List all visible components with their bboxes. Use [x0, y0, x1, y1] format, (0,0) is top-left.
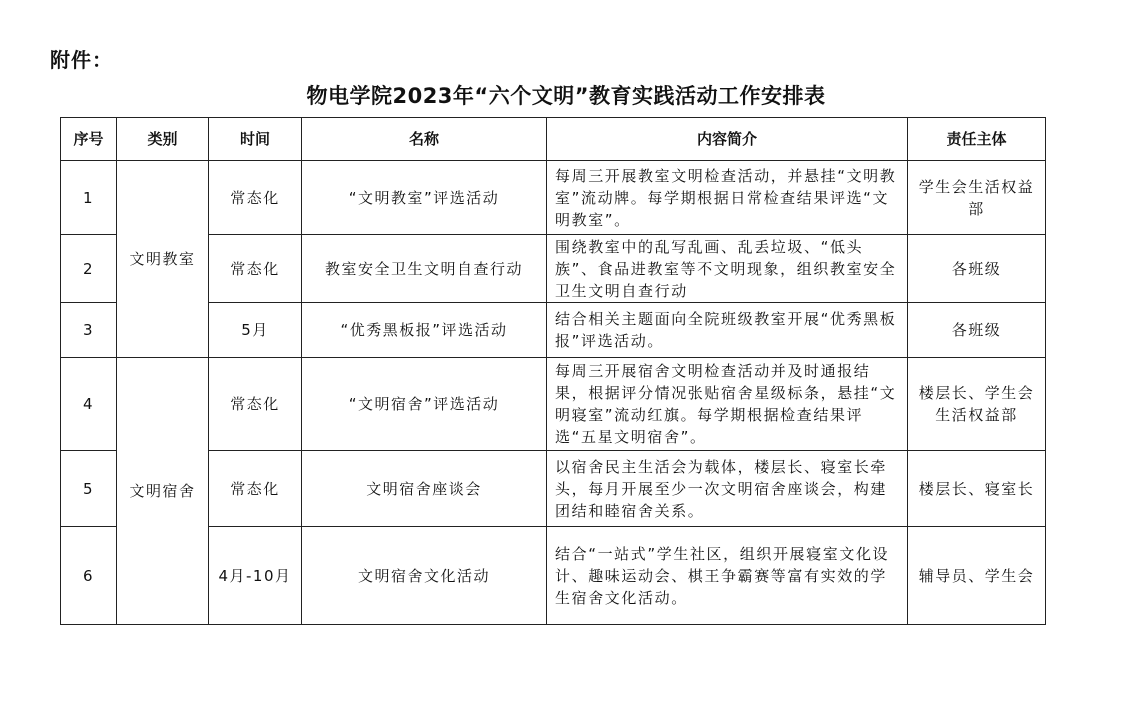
row-description: 每周三开展教室文明检查活动，并悬挂“文明教室”流动牌。每学期根据日常检查结果评选… — [547, 161, 908, 235]
row-name: “优秀黑板报”评选活动 — [302, 303, 547, 358]
table-row: 6 4月-10月 文明宿舍文化活动 结合“一站式”学生社区，组织开展寝室文化设计… — [61, 527, 1046, 625]
table-row: 4 文明宿舍 常态化 “文明宿舍”评选活动 每周三开展宿舍文明检查活动并及时通报… — [61, 358, 1046, 451]
row-name: “文明教室”评选活动 — [302, 161, 547, 235]
header-description: 内容简介 — [547, 118, 908, 161]
table-row: 3 5月 “优秀黑板报”评选活动 结合相关主题面向全院班级教室开展“优秀黑板报”… — [61, 303, 1046, 358]
table-row: 5 常态化 文明宿舍座谈会 以宿舍民主生活会为载体，楼层长、寝室长牵头，每月开展… — [61, 451, 1046, 527]
header-category: 类别 — [117, 118, 209, 161]
row-owner: 辅导员、学生会 — [908, 527, 1046, 625]
row-name: “文明宿舍”评选活动 — [302, 358, 547, 451]
row-no: 4 — [61, 358, 117, 451]
row-no: 5 — [61, 451, 117, 527]
row-description: 以宿舍民主生活会为载体，楼层长、寝室长牵头，每月开展至少一次文明宿舍座谈会，构建… — [547, 451, 908, 527]
table-row: 2 常态化 教室安全卫生文明自查行动 围绕教室中的乱写乱画、乱丢垃圾、“低头族”… — [61, 235, 1046, 303]
table-header-row: 序号 类别 时间 名称 内容简介 责任主体 — [61, 118, 1046, 161]
row-time: 5月 — [209, 303, 302, 358]
row-owner: 楼层长、寝室长 — [908, 451, 1046, 527]
row-name: 文明宿舍座谈会 — [302, 451, 547, 527]
table-row: 1 文明教室 常态化 “文明教室”评选活动 每周三开展教室文明检查活动，并悬挂“… — [61, 161, 1046, 235]
row-time: 常态化 — [209, 235, 302, 303]
row-owner: 学生会生活权益部 — [908, 161, 1046, 235]
row-time: 常态化 — [209, 451, 302, 527]
row-no: 6 — [61, 527, 117, 625]
document-title: 物电学院2023年“六个文明”教育实践活动工作安排表 — [0, 80, 1132, 110]
header-no: 序号 — [61, 118, 117, 161]
row-no: 3 — [61, 303, 117, 358]
schedule-table: 序号 类别 时间 名称 内容简介 责任主体 1 文明教室 常态化 “文明教室”评… — [60, 117, 1046, 625]
attachment-label: 附件： — [50, 44, 113, 73]
row-description: 围绕教室中的乱写乱画、乱丢垃圾、“低头族”、食品进教室等不文明现象，组织教室安全… — [547, 235, 908, 303]
row-description: 结合相关主题面向全院班级教室开展“优秀黑板报”评选活动。 — [547, 303, 908, 358]
category-cell: 文明教室 — [117, 161, 209, 358]
header-time: 时间 — [209, 118, 302, 161]
row-no: 1 — [61, 161, 117, 235]
row-time: 4月-10月 — [209, 527, 302, 625]
category-cell: 文明宿舍 — [117, 358, 209, 625]
row-name: 教室安全卫生文明自查行动 — [302, 235, 547, 303]
row-time: 常态化 — [209, 161, 302, 235]
row-description: 每周三开展宿舍文明检查活动并及时通报结果，根据评分情况张贴宿舍星级标条，悬挂“文… — [547, 358, 908, 451]
row-description: 结合“一站式”学生社区，组织开展寝室文化设计、趣味运动会、棋王争霸赛等富有实效的… — [547, 527, 908, 625]
row-owner: 楼层长、学生会生活权益部 — [908, 358, 1046, 451]
header-name: 名称 — [302, 118, 547, 161]
header-owner: 责任主体 — [908, 118, 1046, 161]
row-name: 文明宿舍文化活动 — [302, 527, 547, 625]
row-time: 常态化 — [209, 358, 302, 451]
row-owner: 各班级 — [908, 303, 1046, 358]
row-no: 2 — [61, 235, 117, 303]
row-owner: 各班级 — [908, 235, 1046, 303]
